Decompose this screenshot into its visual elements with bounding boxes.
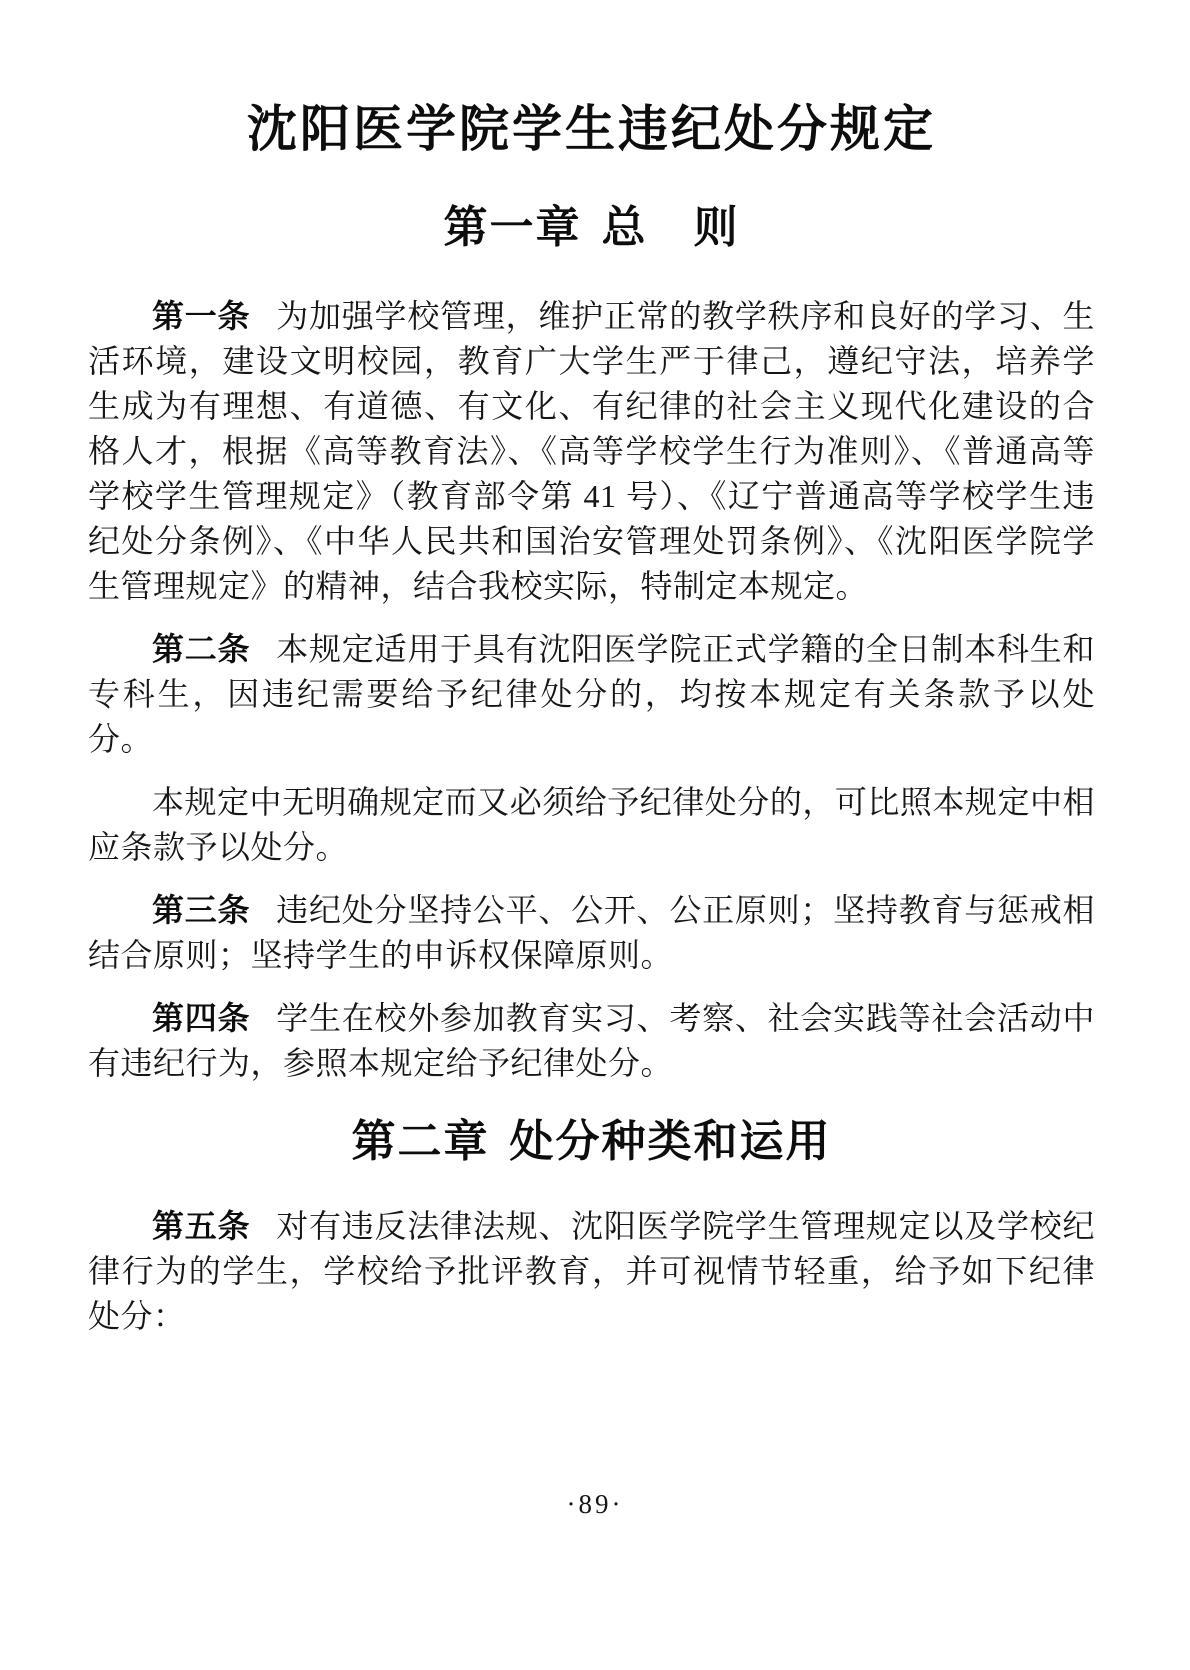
article-4-label: 第四条 [152,1000,250,1036]
chapter-2-heading: 第二章处分种类和运用 [88,1116,1095,1168]
chapter-1-heading: 第一章总 则 [88,202,1095,254]
article-2-continuation: 本规定中无明确规定而又必须给予纪律处分的，可比照本规定中相应条款予以处分。 [88,780,1095,870]
article-2-label: 第二条 [152,631,250,667]
chapter-1-title: 总 则 [602,203,740,252]
article-2-continuation-text: 本规定中无明确规定而又必须给予纪律处分的，可比照本规定中相应条款予以处分。 [88,784,1095,865]
page-number: ·89· [0,1489,1190,1520]
chapter-1-number: 第一章 [444,203,582,252]
document-title: 沈阳医学院学生违纪处分规定 [88,100,1095,158]
article-3: 第三条违纪处分坚持公平、公开、公正原则；坚持教育与惩戒相结合原则；坚持学生的申诉… [88,888,1095,978]
article-1: 第一条为加强学校管理，维护正常的教学秩序和良好的学习、生活环境，建设文明校园，教… [88,294,1095,609]
article-3-label: 第三条 [152,892,250,928]
document-page: 沈阳医学院学生违纪处分规定 第一章总 则 第一条为加强学校管理，维护正常的教学秩… [0,0,1190,1670]
article-5-label: 第五条 [152,1208,250,1244]
chapter-2-number: 第二章 [352,1117,490,1166]
article-1-label: 第一条 [152,298,250,334]
chapter-2-title: 处分种类和运用 [510,1117,832,1166]
article-1-text: 为加强学校管理，维护正常的教学秩序和良好的学习、生活环境，建设文明校园，教育广大… [88,298,1095,604]
article-4: 第四条学生在校外参加教育实习、考察、社会实践等社会活动中有违纪行为，参照本规定给… [88,996,1095,1086]
article-2: 第二条本规定适用于具有沈阳医学院正式学籍的全日制本科生和专科生，因违纪需要给予纪… [88,627,1095,762]
article-5: 第五条对有违反法律法规、沈阳医学院学生管理规定以及学校纪律行为的学生，学校给予批… [88,1204,1095,1339]
